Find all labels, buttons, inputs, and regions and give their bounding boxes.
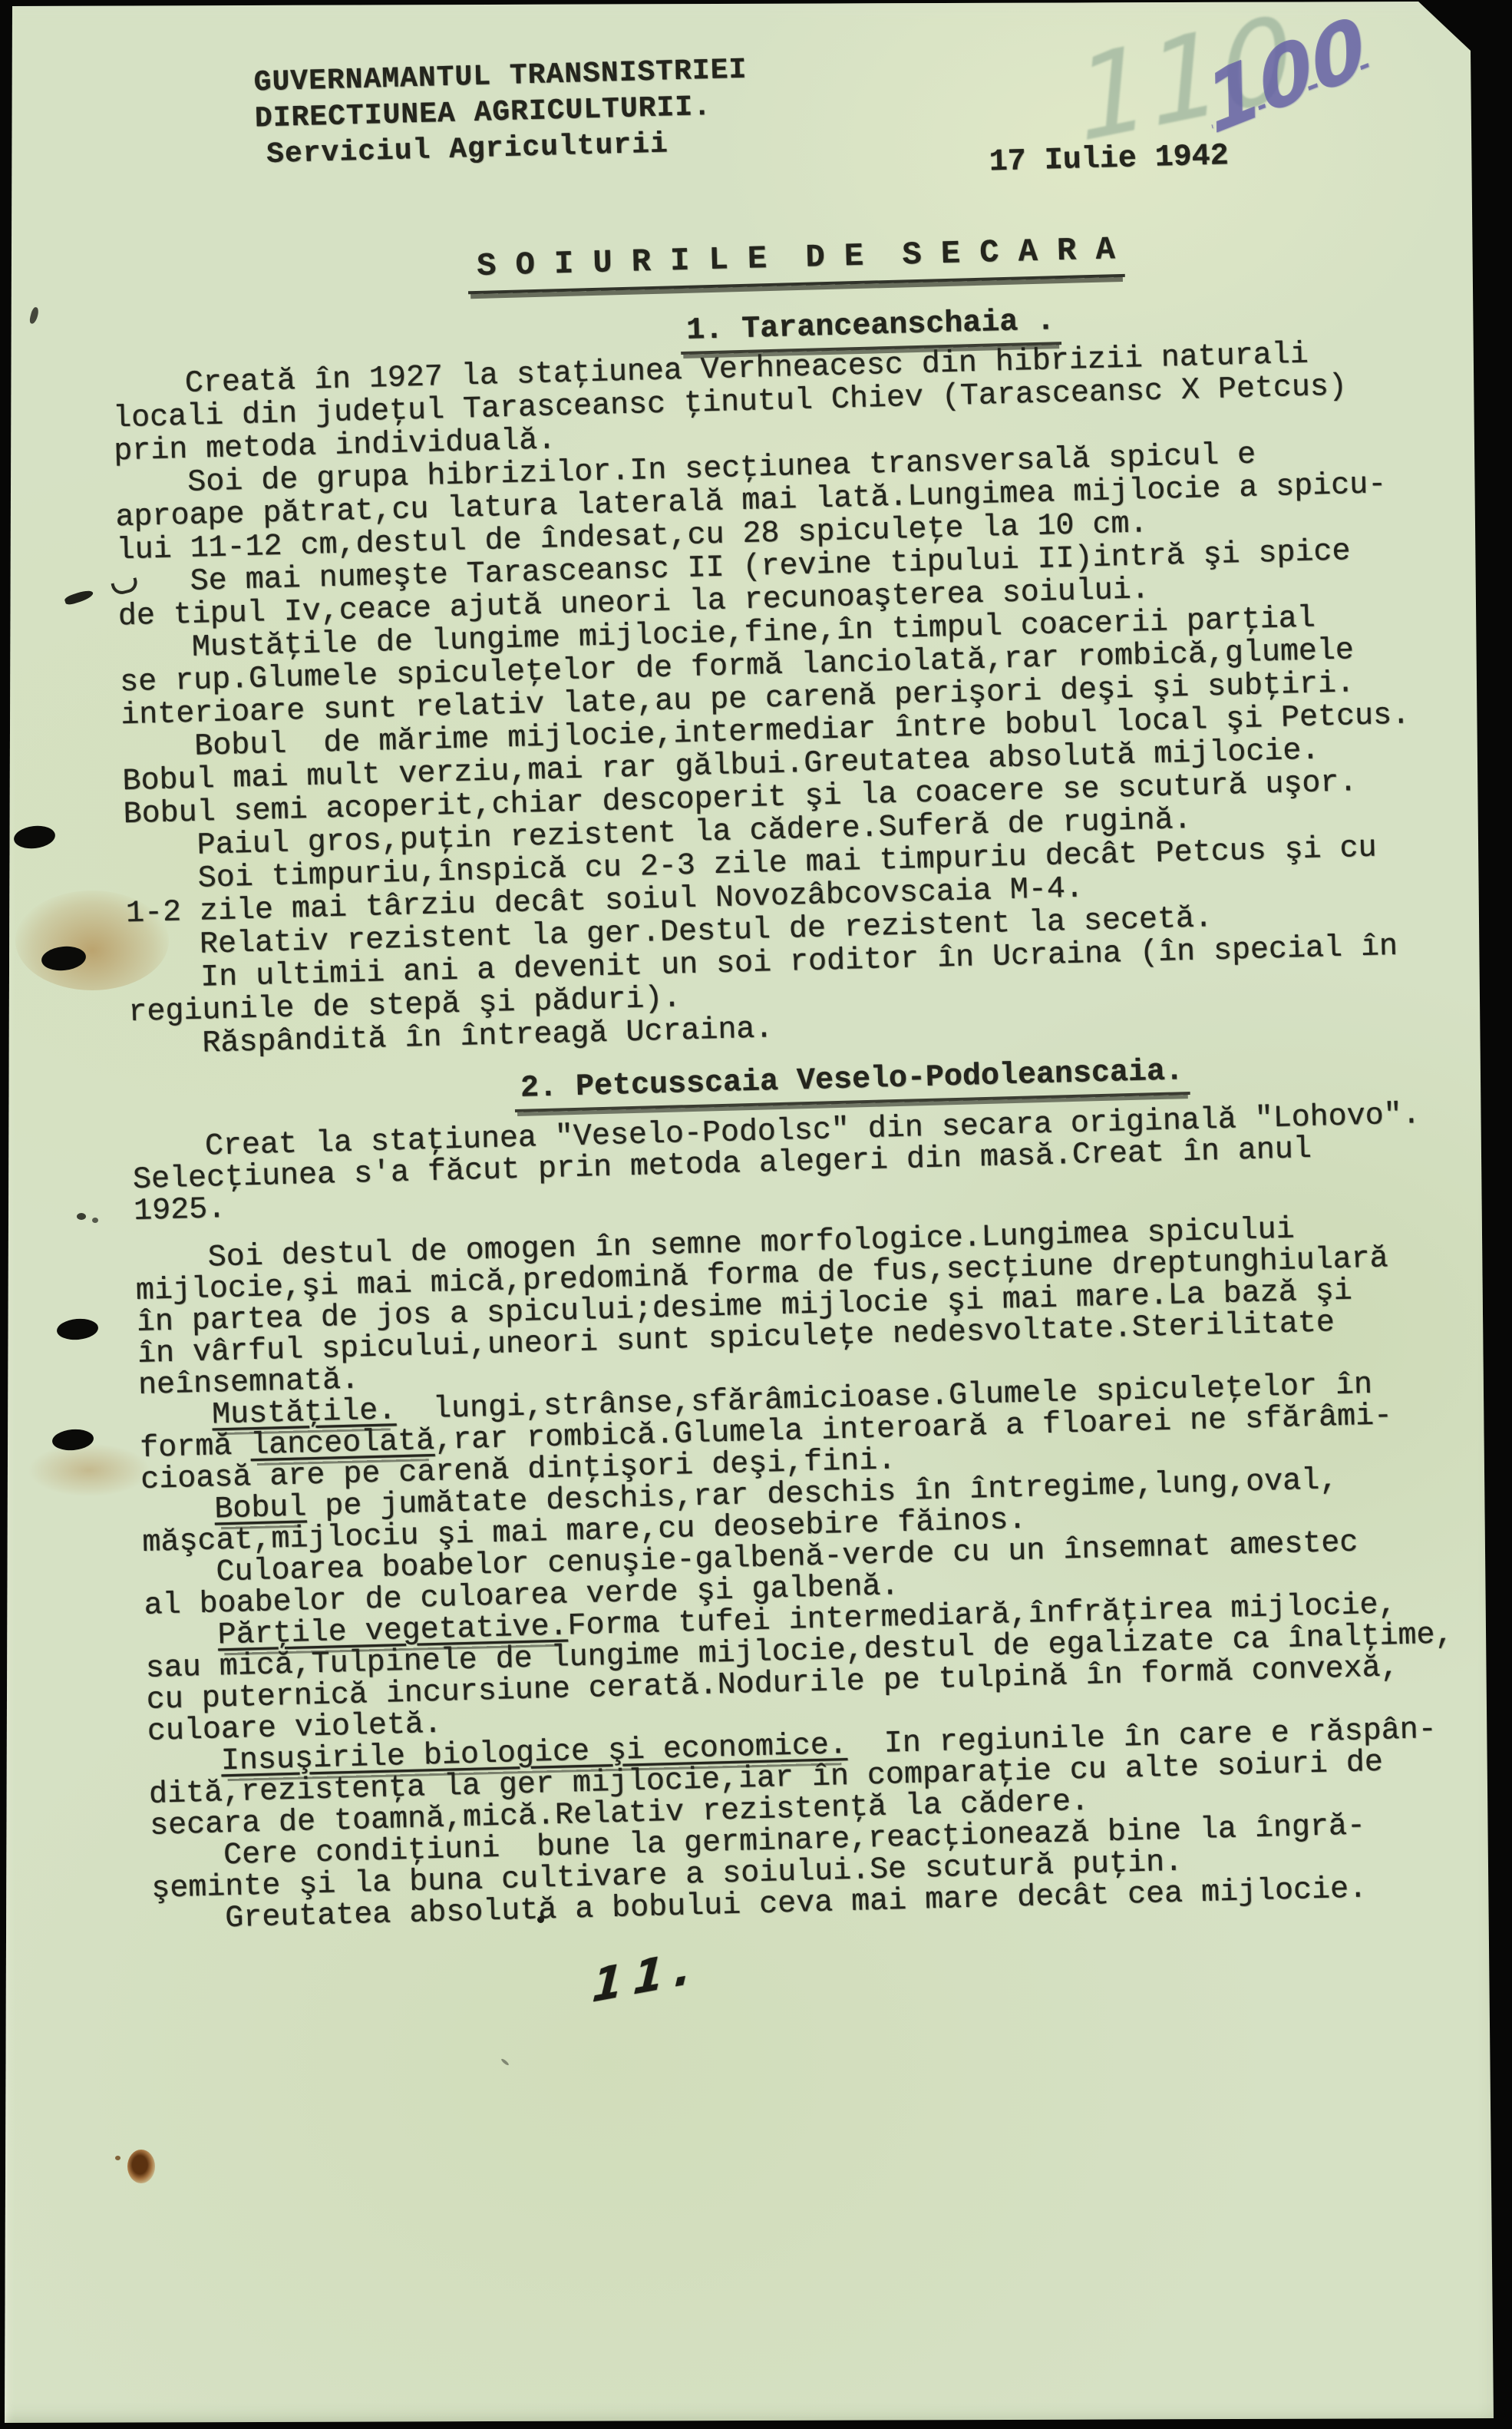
typewritten-content: GUVERNAMANTUL TRANSNISTRIEI DIRECTIUNEA …	[92, 25, 1512, 2287]
document-page: GUVERNAMANTUL TRANSNISTRIEI DIRECTIUNEA …	[0, 0, 1512, 2429]
rust-spot	[115, 2156, 120, 2160]
handwritten-footer-mark: 11.	[591, 1939, 704, 2013]
document-title-text: S O I U R I L E D E S E C A R A	[467, 231, 1125, 294]
punch-hole	[12, 824, 56, 851]
document-title: S O I U R I L E D E S E C A R A	[109, 222, 1484, 304]
scan-background: GUVERNAMANTUL TRANSNISTRIEI DIRECTIUNEA …	[0, 0, 1512, 2429]
ink-speck	[92, 1218, 98, 1223]
body-sections: 1. Taranceanschaia .Creată în 1927 la st…	[111, 294, 1512, 1937]
ink-speck	[64, 588, 94, 606]
section-heading-text: 2. Petcusscaia Veselo-Podoleanscaia.	[514, 1055, 1190, 1112]
ink-speck	[77, 1213, 86, 1220]
punch-hole	[56, 1317, 99, 1342]
section: 2. Petcusscaia Veselo-Podoleanscaia.Crea…	[130, 1046, 1512, 1936]
letterhead: GUVERNAMANTUL TRANSNISTRIEI DIRECTIUNEA …	[253, 52, 749, 173]
section: 1. Taranceanschaia .Creată în 1927 la st…	[111, 294, 1503, 1063]
ink-speck	[28, 306, 39, 325]
